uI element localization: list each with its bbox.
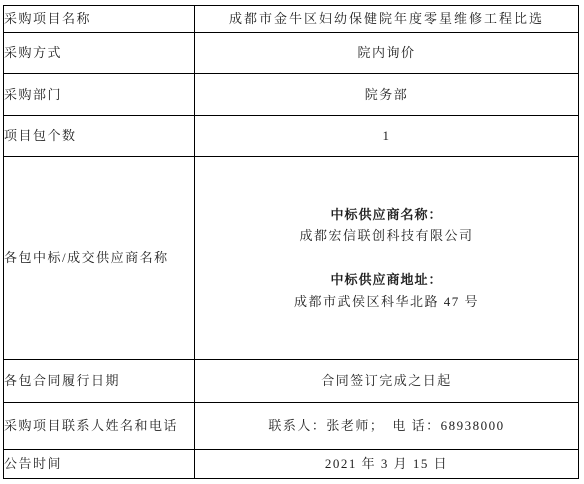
supplier-address: 成都市武侯区科华北路 47 号 bbox=[294, 293, 479, 311]
table-row-contract-period: 各包合同履行日期 合同签订完成之日起 bbox=[4, 360, 579, 403]
row-value-contract-period: 合同签订完成之日起 bbox=[195, 360, 579, 403]
table-row-procurement-method: 采购方式 院内询价 bbox=[4, 33, 579, 74]
row-label-package-count: 项目包个数 bbox=[4, 116, 195, 157]
row-label-procurement-method: 采购方式 bbox=[4, 33, 195, 74]
procurement-result-table: 采购项目名称 成都市金牛区妇幼保健院年度零星维修工程比选 采购方式 院内询价 采… bbox=[3, 5, 579, 479]
row-value-package-count: 1 bbox=[195, 116, 579, 157]
table-row-announcement-date: 公告时间 2021 年 3 月 15 日 bbox=[4, 450, 579, 479]
row-value-procurement-department: 院务部 bbox=[195, 74, 579, 116]
row-value-announcement-date: 2021 年 3 月 15 日 bbox=[195, 450, 579, 479]
row-value-procurement-method: 院内询价 bbox=[195, 33, 579, 74]
table-row-contact-info: 采购项目联系人姓名和电话 联系人：张老师； 电 话：68938000 bbox=[4, 403, 579, 450]
row-label-contract-period: 各包合同履行日期 bbox=[4, 360, 195, 403]
supplier-info-block: 中标供应商名称： 成都宏信联创科技有限公司 中标供应商地址： 成都市武侯区科华北… bbox=[195, 206, 578, 310]
table-row-procurement-department: 采购部门 院务部 bbox=[4, 74, 579, 116]
table-row-project-name: 采购项目名称 成都市金牛区妇幼保健院年度零星维修工程比选 bbox=[4, 6, 579, 33]
supplier-address-heading: 中标供应商地址： bbox=[294, 271, 479, 289]
supplier-address-group: 中标供应商地址： 成都市武侯区科华北路 47 号 bbox=[294, 271, 479, 310]
row-value-contact-info: 联系人：张老师； 电 话：68938000 bbox=[195, 403, 579, 450]
row-label-project-name: 采购项目名称 bbox=[4, 6, 195, 33]
supplier-name-group: 中标供应商名称： 成都宏信联创科技有限公司 bbox=[299, 206, 473, 245]
supplier-name-heading: 中标供应商名称： bbox=[299, 206, 473, 224]
row-label-procurement-department: 采购部门 bbox=[4, 74, 195, 116]
supplier-name: 成都宏信联创科技有限公司 bbox=[299, 227, 473, 245]
supplier-info-cell: 中标供应商名称： 成都宏信联创科技有限公司 中标供应商地址： 成都市武侯区科华北… bbox=[195, 157, 579, 360]
table-row-winning-supplier: 各包中标/成交供应商名称 中标供应商名称： 成都宏信联创科技有限公司 中标供应商… bbox=[4, 157, 579, 360]
row-label-announcement-date: 公告时间 bbox=[4, 450, 195, 479]
document-page: 采购项目名称 成都市金牛区妇幼保健院年度零星维修工程比选 采购方式 院内询价 采… bbox=[0, 0, 584, 484]
row-label-winning-supplier: 各包中标/成交供应商名称 bbox=[4, 157, 195, 360]
row-label-contact-info: 采购项目联系人姓名和电话 bbox=[4, 403, 195, 450]
row-value-project-name: 成都市金牛区妇幼保健院年度零星维修工程比选 bbox=[195, 6, 579, 33]
table-row-package-count: 项目包个数 1 bbox=[4, 116, 579, 157]
